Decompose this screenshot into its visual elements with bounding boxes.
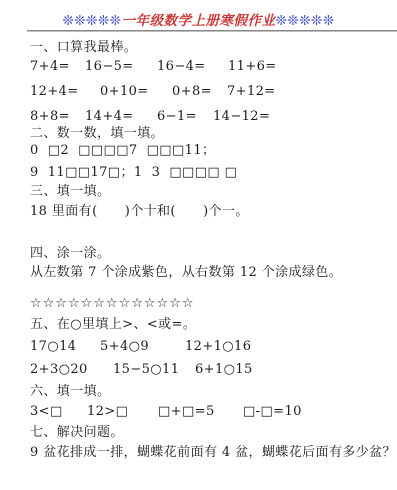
compare-row-1: 17○145+4○912+1○16 [30,339,251,355]
fill-blank-problem: □-□=10 [243,404,302,420]
fill-blank-problem: 12>□ [87,404,158,420]
compare-problem: 17○14 [30,339,100,355]
fill-blank-problem: □+□=5 [158,404,243,420]
section5-heading: 五、在○里填上>、<或=。 [30,317,196,333]
math-problem: 7+4= [30,59,85,75]
header-divider [27,30,397,32]
star-row: ☆☆☆☆☆☆☆☆☆☆☆☆☆ [30,296,195,312]
section4-heading: 四、涂一涂。 [30,246,110,262]
section2-heading: 二、数一数，填一填。 [30,126,164,142]
math-problem: 16−4= [157,59,228,75]
section1-heading: 一、口算我最棒。 [30,40,137,56]
math-problem: 0+10= [100,84,172,100]
snowflake-icons-right: ❊❊❊❊❊ [276,13,335,29]
math-problem: 8+8= [30,109,85,125]
worksheet-title: ❊❊❊❊❊一年级数学上册寒假作业❊❊❊❊❊ [0,9,397,29]
compare-problem: 15−5○11 [113,362,195,378]
math-problem: 7+12= [227,84,276,100]
compare-row-2: 2+3○2015−5○116+1○15 [30,362,253,378]
count-fill-row-1: 0 □2 □□□□7 □□□11； [30,143,215,159]
tens-ones-fill-line: 18 里面有( )个十和( )个一。 [30,204,249,220]
section3-heading: 三、填一填。 [30,184,110,200]
math-problem: 0+8= [172,84,227,100]
section7-heading: 七、解决问题。 [30,425,124,441]
compare-problem: 2+3○20 [30,362,113,378]
math-problem: 14−12= [213,109,270,125]
snowflake-icons-left: ❊❊❊❊❊ [62,13,121,29]
fill-blank-problem: 3<□ [30,404,87,420]
compare-problem: 12+1○16 [185,339,251,355]
math-problem: 14+4= [85,109,157,125]
count-fill-row-2: 9 11□□17□；1 3 □□□□ □ [30,165,237,181]
math-problem: 12+4= [30,84,100,100]
oral-math-row-2: 12+4=0+10=0+8=7+12= [30,84,276,100]
math-problem: 6−1= [157,109,213,125]
compare-problem: 6+1○15 [195,362,253,378]
section6-heading: 六、填一填。 [30,384,110,400]
coloring-instruction-line: 从左数第 7 个涂成紫色，从右数第 12 个涂成绿色。 [30,265,342,281]
oral-math-row-1: 7+4=16−5=16−4=11+6= [30,59,277,75]
oral-math-row-3: 8+8=14+4=6−1=14−12= [30,109,270,125]
math-problem: 11+6= [228,59,277,75]
compare-problem: 5+4○9 [100,339,185,355]
word-problem-line: 9 盆花排成一排，蝴蝶花前面有 4 盆，蝴蝶花后面有多少盆？ [30,445,396,461]
worksheet-title-text: 一年级数学上册寒假作业 [122,13,276,29]
math-problem: 16−5= [85,59,157,75]
fill-blank-row: 3<□12>□□+□=5□-□=10 [30,404,302,420]
